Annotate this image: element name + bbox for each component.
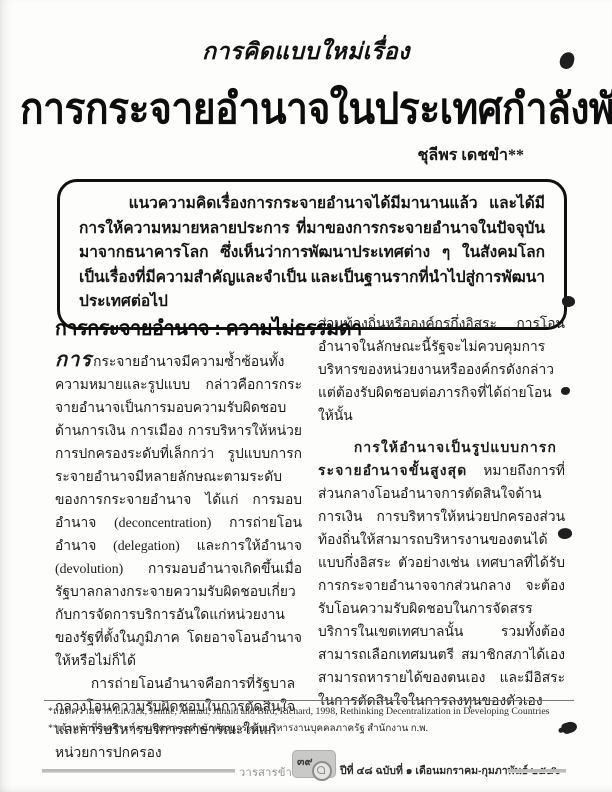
paragraph-spacer [318,427,565,436]
left-column: การกระจายอำนาจ : ความไม่ธรรมดา การกระจาย… [55,312,302,694]
section-heading: การกระจายอำนาจ : ความไม่ธรรมดา [55,312,302,345]
footer-rule-right [508,769,566,772]
footnote-divider [44,700,574,701]
ink-blot [561,387,570,395]
abstract-text: แนวความคิดเรื่องการกระจายอำนาจได้มีมานาน… [79,192,545,315]
paragraph-1: การกระจายอำนาจมีความซ้ำซ้อนทั้งความหมายแ… [55,349,302,672]
footnotes: *ถอดความจาก Litvack, Jennie, Ahmad, Juna… [48,703,588,737]
right-column: ส่วนท้องถิ่นหรือองค์กรกึ่งอิสระ การโอนอำ… [318,312,565,694]
footnote-author-affiliation: **เจ้าหน้าที่วิเคราะห์งานบุคคล ๗ สำนักพั… [48,720,588,737]
article-title: การกระจายอำนาจในประเทศกำลังพัฒนา* [20,76,592,143]
ink-blot [561,295,575,308]
footnote-source: *ถอดความจาก Litvack, Jennie, Ahmad, Juna… [48,703,588,720]
paragraph-4: การให้อำนาจเป็นรูปแบบการกระจายอำนาจขั้นส… [318,436,565,712]
article-body: การกระจายอำนาจ : ความไม่ธรรมดา การกระจาย… [55,312,565,694]
paragraph-1-text: กระจายอำนาจมีความซ้ำซ้อนทั้งความหมายและร… [55,354,302,668]
page-number-badge: ๓๙ [292,750,336,778]
abstract-box: แนวความคิดเรื่องการกระจายอำนาจได้มีมานาน… [57,179,567,330]
journal-page: การคิดแบบใหม่เรื่อง การกระจายอำนาจในประเ… [0,0,612,792]
dropcap-word: การ [55,349,93,371]
author-name: ชุลีพร เดชขำ** [418,143,524,168]
footer-rule-left [42,769,235,772]
paragraph-4-text: หมายถึงการที่ส่วนกลางโอนอำนาจการตัดสินใจ… [318,463,565,708]
page-footer: วารสารข้าราชการ ๓๙ ปีที่ ๔๘ ฉบับที่ ๑ เด… [0,748,612,784]
page-number: ๓๙ [297,752,313,770]
ocsc-logo-icon [312,761,332,781]
article-kicker: การคิดแบบใหม่เรื่อง [0,34,612,70]
